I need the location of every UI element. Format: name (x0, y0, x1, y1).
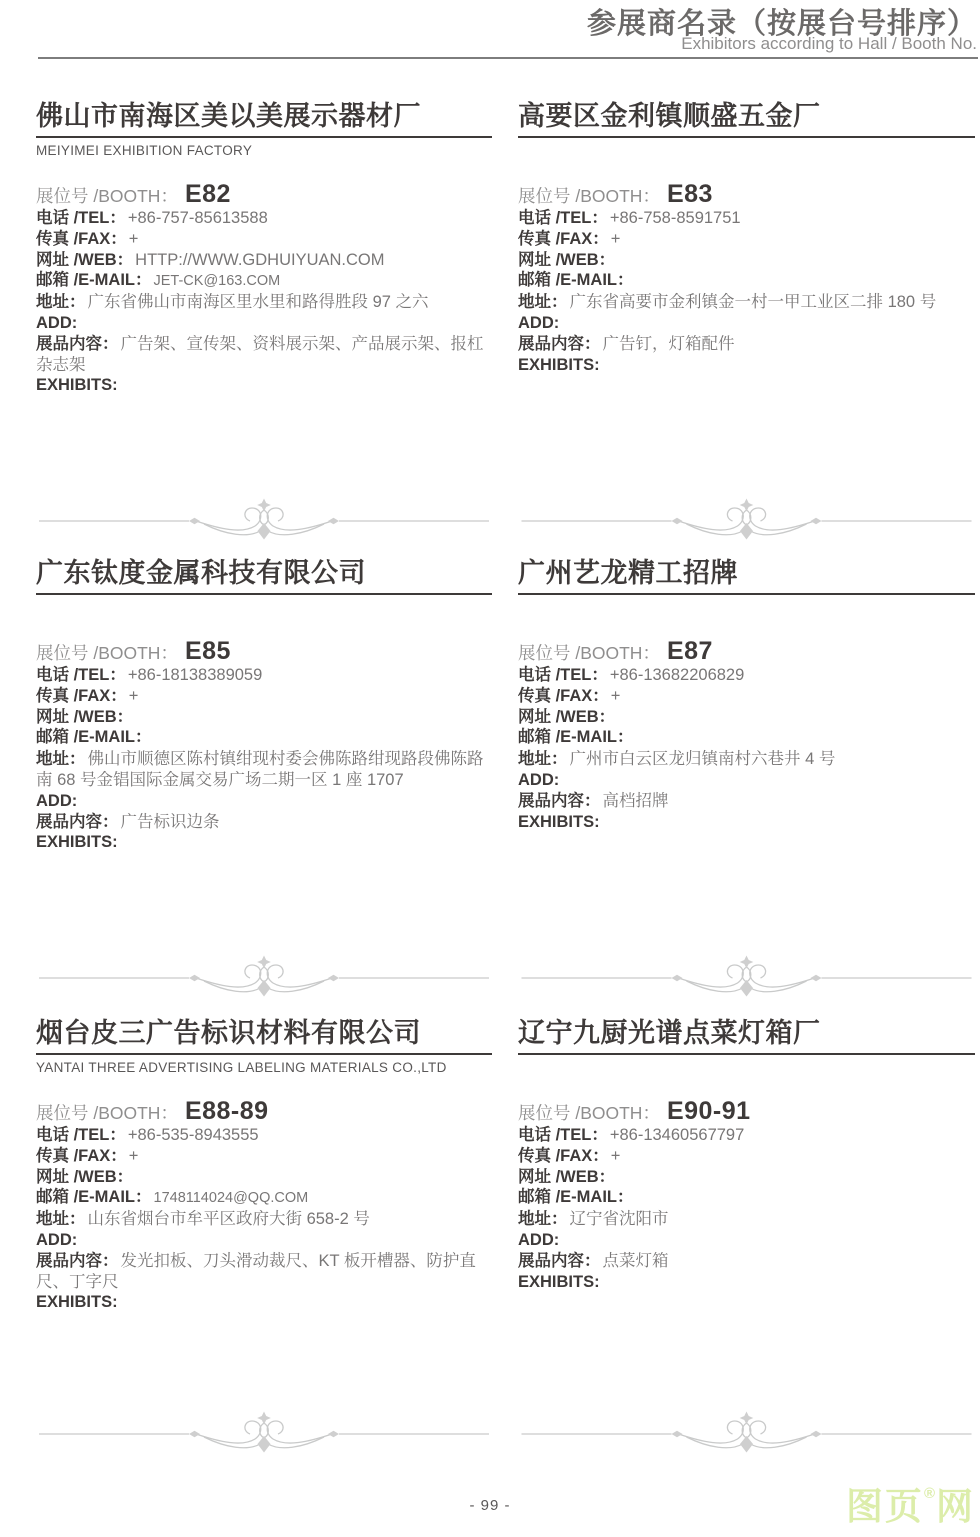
section-divider (36, 955, 492, 999)
add-line: ADD: (518, 1230, 975, 1251)
web-label: 网址 /WEB： (518, 708, 615, 726)
fax-line: 传真 /FAX：+ (518, 229, 975, 250)
company-name-en (518, 1060, 975, 1077)
web-line: 网址 /WEB：HTTP://WWW.GDHUIYUAN.COM (36, 250, 492, 271)
exhibits-en-line: EXHIBITS: (518, 1272, 975, 1293)
flourish-icon (518, 1411, 975, 1455)
section-divider (36, 498, 492, 542)
section-divider (518, 955, 975, 999)
address-line: 地址：辽宁省沈阳市 (518, 1209, 975, 1230)
section-divider (518, 1411, 975, 1455)
web-line: 网址 /WEB： (36, 1167, 492, 1188)
booth-number: E82 (185, 180, 231, 208)
booth-line: 展位号 /BOOTH：E90-91 (518, 1097, 975, 1125)
tel-value: +86-535-8943555 (128, 1126, 259, 1144)
web-label: 网址 /WEB： (36, 251, 133, 269)
tel-value: +86-13460567797 (610, 1126, 744, 1144)
add-line: ADD: (36, 313, 492, 334)
fax-line: 传真 /FAX：+ (36, 229, 492, 250)
fax-value: + (611, 1147, 621, 1165)
exhibits-en-label: EXHIBITS: (518, 356, 600, 374)
page-number: - 99 - (0, 1497, 980, 1514)
fax-line: 传真 /FAX：+ (518, 686, 975, 707)
email-line: 邮箱 /E-MAIL：JET-CK@163.COM (36, 270, 492, 292)
address-label: 地址： (518, 1210, 568, 1228)
fax-line: 传真 /FAX：+ (36, 686, 492, 707)
exhibitor-entry: 烟台皮三广告标识材料有限公司 YANTAI THREE ADVERTISING … (36, 1017, 492, 1313)
exhibits-cn-line: 展品内容：广告钉，灯箱配件 (518, 334, 975, 355)
logo-text-part1: 图页 (846, 1486, 924, 1527)
tuye-logo: 图页®网 (846, 1486, 975, 1528)
booth-line: 展位号 /BOOTH：E82 (36, 180, 492, 208)
add-line: ADD: (518, 770, 975, 791)
booth-label: 展位号 /BOOTH： (36, 186, 178, 206)
company-name-en: YANTAI THREE ADVERTISING LABELING MATERI… (36, 1060, 492, 1077)
exhibits-cn-line: 展品内容：广告标识边条 (36, 812, 492, 833)
fax-value: + (129, 1147, 139, 1165)
exhibits-cn-label: 展品内容： (36, 813, 119, 831)
address-value: 广东省佛山市南海区里水里和路得胜段 97 之六 (88, 293, 429, 311)
company-name-en (518, 600, 975, 617)
company-name-en: MEIYIMEI EXHIBITION FACTORY (36, 143, 492, 160)
address-line: 地址：山东省烟台市牟平区政府大街 658-2 号 (36, 1209, 492, 1230)
exhibitor-entry: 高要区金利镇顺盛五金厂 展位号 /BOOTH：E83 电话 /TEL：+86-7… (518, 100, 975, 375)
tel-value: +86-13682206829 (610, 666, 744, 684)
fax-label: 传真 /FAX： (36, 687, 127, 705)
exhibits-en-label: EXHIBITS: (518, 1273, 600, 1291)
logo-text-part2: 网 (936, 1486, 975, 1527)
flourish-icon (518, 498, 975, 542)
company-name-en (518, 143, 975, 160)
flourish-icon (518, 955, 975, 999)
address-label: 地址： (518, 293, 568, 311)
address-value: 辽宁省沈阳市 (570, 1210, 669, 1228)
address-label: 地址： (36, 293, 86, 311)
web-label: 网址 /WEB： (518, 1168, 615, 1186)
address-value: 广东省高要市金利镇金一村一甲工业区二排 180 号 (570, 293, 937, 311)
web-line: 网址 /WEB： (36, 707, 492, 728)
address-value: 广州市白云区龙归镇南村六巷井 4 号 (570, 750, 836, 768)
exhibits-cn-label: 展品内容： (518, 792, 601, 810)
booth-label: 展位号 /BOOTH： (518, 186, 660, 206)
exhibitor-entry: 佛山市南海区美以美展示器材厂 MEIYIMEI EXHIBITION FACTO… (36, 100, 492, 396)
address-label: 地址： (36, 1210, 86, 1228)
fax-label: 传真 /FAX： (36, 230, 127, 248)
booth-label: 展位号 /BOOTH： (36, 1103, 178, 1123)
page-subtitle: Exhibitors according to Hall / Booth No. (681, 34, 977, 54)
fax-label: 传真 /FAX： (518, 1147, 609, 1165)
exhibits-en-line: EXHIBITS: (36, 832, 492, 853)
address-label: 地址： (36, 750, 86, 768)
add-label: ADD: (36, 792, 77, 810)
booth-line: 展位号 /BOOTH：E88-89 (36, 1097, 492, 1125)
booth-line: 展位号 /BOOTH：E87 (518, 637, 975, 665)
booth-number: E83 (667, 180, 713, 208)
exhibits-cn-label: 展品内容： (518, 1252, 601, 1270)
email-label: 邮箱 /E-MAIL： (518, 271, 634, 289)
flourish-icon (36, 498, 492, 542)
exhibits-cn-line: 展品内容：点菜灯箱 (518, 1251, 975, 1272)
web-value: HTTP://WWW.GDHUIYUAN.COM (135, 251, 384, 269)
web-line: 网址 /WEB： (518, 707, 975, 728)
company-name-cn: 广州艺龙精工招牌 (518, 557, 975, 595)
flourish-icon (36, 1411, 492, 1455)
flourish-icon (36, 955, 492, 999)
exhibits-cn-line: 展品内容：广告架、宣传架、资料展示架、产品展示架、报杠杂志架 (36, 334, 492, 376)
directory-page: 参展商名录（按展台号排序） Exhibitors according to Ha… (0, 0, 980, 1537)
exhibits-cn-line: 展品内容：发光扣板、刀头滑动裁尺、KT 板开槽器、防护直尺、丁字尺 (36, 1251, 492, 1293)
exhibits-cn-label: 展品内容： (518, 335, 601, 353)
web-line: 网址 /WEB： (518, 250, 975, 271)
exhibitor-entry: 广东钛度金属科技有限公司 展位号 /BOOTH：E85 电话 /TEL：+86-… (36, 557, 492, 853)
email-line: 邮箱 /E-MAIL： (518, 270, 975, 292)
tel-line: 电话 /TEL：+86-18138389059 (36, 665, 492, 686)
address-line: 地址：广东省高要市金利镇金一村一甲工业区二排 180 号 (518, 292, 975, 313)
fax-value: + (611, 687, 621, 705)
exhibits-en-line: EXHIBITS: (518, 812, 975, 833)
tel-value: +86-757-85613588 (128, 209, 268, 227)
header-divider-rule (38, 57, 978, 59)
booth-line: 展位号 /BOOTH：E85 (36, 637, 492, 665)
email-line: 邮箱 /E-MAIL： (36, 727, 492, 749)
add-label: ADD: (518, 1231, 559, 1249)
exhibits-cn-line: 展品内容：高档招牌 (518, 791, 975, 812)
company-name-en (36, 600, 492, 617)
exhibits-value: 高档招牌 (603, 792, 669, 810)
company-name-cn: 烟台皮三广告标识材料有限公司 (36, 1017, 492, 1055)
add-line: ADD: (518, 313, 975, 334)
tel-value: +86-18138389059 (128, 666, 262, 684)
exhibits-value: 广告标识边条 (121, 813, 220, 831)
address-line: 地址：广东省佛山市南海区里水里和路得胜段 97 之六 (36, 292, 492, 313)
company-name-cn: 辽宁九厨光谱点菜灯箱厂 (518, 1017, 975, 1055)
fax-value: + (611, 230, 621, 248)
fax-line: 传真 /FAX：+ (36, 1146, 492, 1167)
web-label: 网址 /WEB： (36, 708, 133, 726)
address-line: 地址：广州市白云区龙归镇南村六巷井 4 号 (518, 749, 975, 770)
tel-line: 电话 /TEL：+86-757-85613588 (36, 208, 492, 229)
booth-label: 展位号 /BOOTH： (518, 1103, 660, 1123)
fax-label: 传真 /FAX： (518, 687, 609, 705)
fax-line: 传真 /FAX：+ (518, 1146, 975, 1167)
tel-label: 电话 /TEL： (36, 209, 126, 227)
tel-label: 电话 /TEL： (36, 666, 126, 684)
tel-label: 电话 /TEL： (518, 666, 608, 684)
section-divider (36, 1411, 492, 1455)
tel-label: 电话 /TEL： (518, 209, 608, 227)
tel-line: 电话 /TEL：+86-758-8591751 (518, 208, 975, 229)
company-name-cn: 广东钛度金属科技有限公司 (36, 557, 492, 595)
fax-label: 传真 /FAX： (518, 230, 609, 248)
tel-label: 电话 /TEL： (518, 1126, 608, 1144)
address-label: 地址： (518, 750, 568, 768)
exhibits-value: 广告钉，灯箱配件 (603, 335, 735, 353)
exhibits-en-line: EXHIBITS: (518, 355, 975, 376)
email-line: 邮箱 /E-MAIL： (518, 1187, 975, 1209)
exhibits-en-label: EXHIBITS: (36, 1293, 118, 1311)
email-label: 邮箱 /E-MAIL： (36, 728, 152, 746)
exhibits-en-line: EXHIBITS: (36, 375, 492, 396)
add-line: ADD: (36, 1230, 492, 1251)
exhibitor-entry: 辽宁九厨光谱点菜灯箱厂 展位号 /BOOTH：E90-91 电话 /TEL：+8… (518, 1017, 975, 1292)
booth-number: E87 (667, 637, 713, 665)
tel-line: 电话 /TEL：+86-535-8943555 (36, 1125, 492, 1146)
address-line: 地址：佛山市顺德区陈村镇绀现村委会佛陈路绀现路段佛陈路南 68 号金锠国际金属交… (36, 749, 492, 791)
email-line: 邮箱 /E-MAIL：1748114024@QQ.COM (36, 1187, 492, 1209)
tel-line: 电话 /TEL：+86-13682206829 (518, 665, 975, 686)
booth-label: 展位号 /BOOTH： (518, 643, 660, 663)
company-name-cn: 佛山市南海区美以美展示器材厂 (36, 100, 492, 138)
web-label: 网址 /WEB： (518, 251, 615, 269)
email-line: 邮箱 /E-MAIL： (518, 727, 975, 749)
address-value: 山东省烟台市牟平区政府大街 658-2 号 (88, 1210, 370, 1228)
exhibits-cn-label: 展品内容： (36, 1252, 119, 1270)
exhibitor-entry: 广州艺龙精工招牌 展位号 /BOOTH：E87 电话 /TEL：+86-1368… (518, 557, 975, 832)
fax-label: 传真 /FAX： (36, 1147, 127, 1165)
add-label: ADD: (518, 771, 559, 789)
email-label: 邮箱 /E-MAIL： (36, 1188, 152, 1206)
section-divider (518, 498, 975, 542)
booth-number: E88-89 (185, 1097, 269, 1125)
booth-line: 展位号 /BOOTH：E83 (518, 180, 975, 208)
booth-number: E85 (185, 637, 231, 665)
exhibits-en-label: EXHIBITS: (518, 813, 600, 831)
exhibits-en-label: EXHIBITS: (36, 833, 118, 851)
address-value: 佛山市顺德区陈村镇绀现村委会佛陈路绀现路段佛陈路南 68 号金锠国际金属交易广场… (36, 750, 484, 789)
email-label: 邮箱 /E-MAIL： (36, 271, 152, 289)
email-label: 邮箱 /E-MAIL： (518, 1188, 634, 1206)
booth-label: 展位号 /BOOTH： (36, 643, 178, 663)
web-label: 网址 /WEB： (36, 1168, 133, 1186)
add-label: ADD: (36, 1231, 77, 1249)
booth-number: E90-91 (667, 1097, 751, 1125)
web-line: 网址 /WEB： (518, 1167, 975, 1188)
exhibits-value: 点菜灯箱 (603, 1252, 669, 1270)
email-label: 邮箱 /E-MAIL： (518, 728, 634, 746)
exhibits-cn-label: 展品内容： (36, 335, 119, 353)
tel-value: +86-758-8591751 (610, 209, 741, 227)
add-line: ADD: (36, 791, 492, 812)
exhibits-en-label: EXHIBITS: (36, 376, 118, 394)
exhibits-en-line: EXHIBITS: (36, 1292, 492, 1313)
email-value: JET-CK@163.COM (154, 273, 281, 289)
registered-mark-icon: ® (924, 1485, 935, 1502)
fax-value: + (129, 687, 139, 705)
add-label: ADD: (36, 314, 77, 332)
company-name-cn: 高要区金利镇顺盛五金厂 (518, 100, 975, 138)
fax-value: + (129, 230, 139, 248)
tel-label: 电话 /TEL： (36, 1126, 126, 1144)
email-value: 1748114024@QQ.COM (154, 1190, 309, 1206)
tel-line: 电话 /TEL：+86-13460567797 (518, 1125, 975, 1146)
add-label: ADD: (518, 314, 559, 332)
